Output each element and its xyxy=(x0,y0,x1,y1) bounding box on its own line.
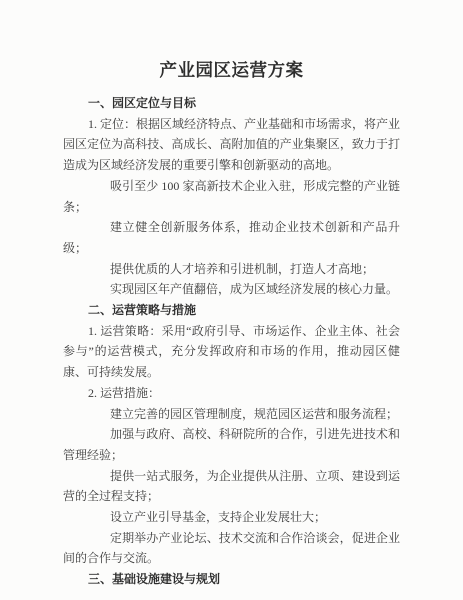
paragraph-operation-measures-label: 2. 运营措施： xyxy=(63,383,400,404)
goal-item-innovation-service: 建立健全创新服务体系，推动企业技术创新和产品升级； xyxy=(63,217,400,258)
document-title: 产业园区运营方案 xyxy=(63,56,400,84)
goal-item-output-value: 实现园区年产值翻倍，成为区域经济发展的核心力量。 xyxy=(63,279,400,300)
measure-item-cooperation: 加强与政府、高校、科研院所的合作，引进先进技术和管理经验； xyxy=(63,424,400,465)
section-heading-infrastructure: 三、基础设施建设与规划 xyxy=(63,569,400,590)
measure-item-forums: 定期举办产业论坛、技术交流和合作洽谈会，促进企业间的合作与交流。 xyxy=(63,528,400,569)
section-heading-positioning-goals: 一、园区定位与目标 xyxy=(63,93,400,114)
document-page: 产业园区运营方案 一、园区定位与目标 1. 定位：根据区域经济特点、产业基础和市… xyxy=(0,0,463,600)
measure-item-one-stop-service: 提供一站式服务，为企业提供从注册、立项、建设到运营的全过程支持； xyxy=(63,466,400,507)
measure-item-guidance-fund: 设立产业引导基金，支持企业发展壮大； xyxy=(63,507,400,528)
section-heading-strategy-measures: 二、运营策略与措施 xyxy=(63,300,400,321)
measure-item-management-system: 建立完善的园区管理制度，规范园区运营和服务流程； xyxy=(63,404,400,425)
paragraph-positioning: 1. 定位：根据区域经济特点、产业基础和市场需求，将产业园区定位为高科技、高成长… xyxy=(63,114,400,176)
paragraph-operation-strategy: 1. 运营策略：采用“政府引导、市场运作、企业主体、社会参与”的运营模式，充分发… xyxy=(63,321,400,383)
goal-item-talent: 提供优质的人才培养和引进机制，打造人才高地； xyxy=(63,259,400,280)
goal-item-enterprises: 吸引至少 100 家高新技术企业入驻，形成完整的产业链条； xyxy=(63,176,400,217)
